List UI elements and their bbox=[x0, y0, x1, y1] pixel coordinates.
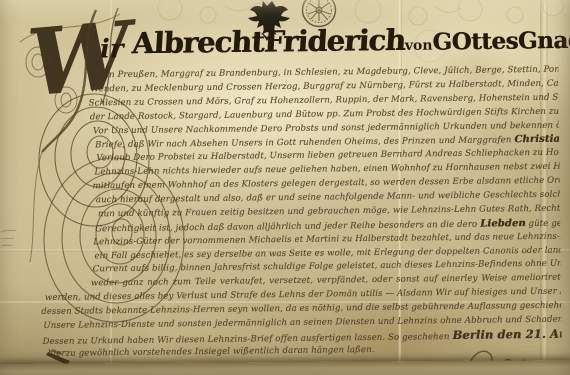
manuscript-photo: W bbox=[0, 0, 570, 375]
manuscript-body: in Preußen, Marggraf zu Brandenburg, in … bbox=[0, 64, 570, 363]
heading-gnaden: Gnaden bbox=[518, 26, 570, 54]
round-paper-seal bbox=[303, 0, 336, 27]
line-text: güte gefallen zum bbox=[526, 218, 561, 229]
line-text: hierzu gewöhnlich vorstehendes Insiegel … bbox=[48, 345, 375, 359]
heading-von: von bbox=[405, 38, 433, 54]
heading-gottes: GOttes bbox=[432, 28, 518, 56]
heading-wir: ir bbox=[100, 34, 124, 64]
heading-name1: Albrecht bbox=[131, 25, 265, 61]
emphasized-name: Christian Ludewigs Lbd. bbox=[514, 133, 559, 146]
heading-name2: Friderich bbox=[263, 23, 406, 59]
date-text: Berlin den 21. August 1712. bbox=[452, 328, 561, 342]
emphasized-name: Liebden bbox=[480, 218, 526, 230]
